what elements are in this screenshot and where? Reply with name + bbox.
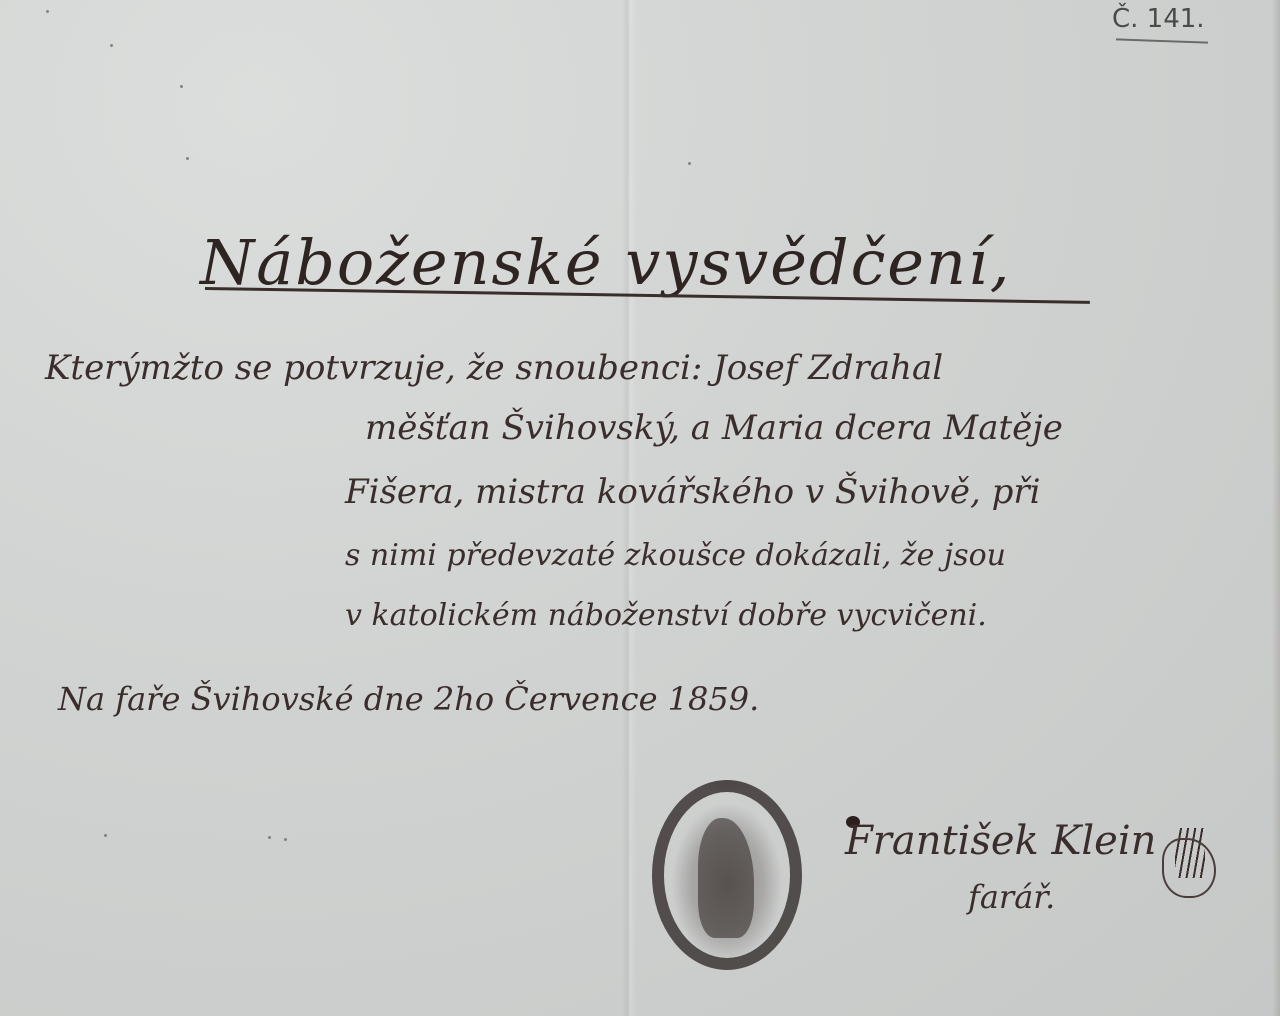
- body-line-1: Kterýmžto se potvrzuje, že snoubenci: Jo…: [45, 348, 943, 388]
- signature-flourish: [1162, 838, 1216, 898]
- body-line-3: Fišera, mistra kovářského v Švihově, při: [345, 472, 1040, 512]
- place-date-line: Na faře Švihovské dne 2ho Července 1859.: [58, 680, 759, 718]
- body-line-4: s nimi předevzaté zkoušce dokázali, že j…: [345, 538, 1006, 573]
- body-line-5: v katolickém náboženství dobře vycvičeni…: [345, 598, 987, 633]
- reference-number: Č. 141.: [1112, 4, 1205, 34]
- paper-edge: [1272, 0, 1280, 1016]
- body-line-2: měšťan Švihovský, a Maria dcera Matěje: [365, 408, 1063, 448]
- seal-figure-icon: [698, 818, 754, 938]
- reference-underline: [1116, 38, 1208, 43]
- signature-name: František Klein: [845, 818, 1156, 864]
- stamp-seal: [652, 780, 802, 970]
- signature-title: farář.: [968, 878, 1055, 916]
